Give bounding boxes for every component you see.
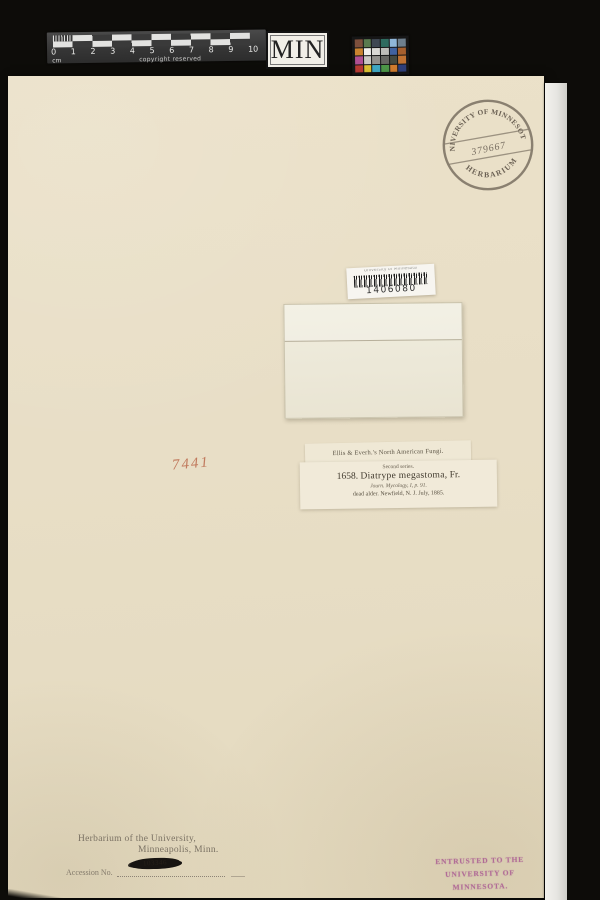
- packet-flap: [284, 303, 461, 341]
- color-patch: [398, 39, 406, 47]
- ruler-tick: 7: [189, 46, 194, 54]
- color-patch: [364, 65, 372, 73]
- color-patch: [398, 47, 406, 55]
- color-patch: [390, 56, 398, 64]
- ruler-copyright-text: copyright reserved: [139, 55, 201, 63]
- color-patch: [363, 39, 371, 47]
- species-name: Diatrype megastoma,: [360, 470, 447, 481]
- svg-text:HERBARIUM: HERBARIUM: [463, 154, 521, 183]
- entrusted-stamp-line2: UNIVERSITY OF MINNESOTA.: [420, 866, 541, 895]
- color-patch: [381, 56, 389, 64]
- color-patch: [390, 64, 398, 72]
- color-patch: [364, 48, 372, 56]
- accession-dotted-line: [117, 868, 225, 877]
- color-patch: [389, 39, 397, 47]
- color-patch: [398, 64, 406, 72]
- accession-stamp: Herbarium of the University, Minneapolis…: [66, 834, 291, 877]
- ruler-tick: 3: [110, 48, 115, 56]
- ruler-tick: 1: [71, 48, 76, 56]
- color-patch: [355, 48, 363, 56]
- color-patch: [355, 39, 363, 47]
- specimen-packet: [283, 302, 463, 419]
- color-patch: [381, 39, 389, 47]
- entrusted-stamp: ENTRUSTED TO THE UNIVERSITY OF MINNESOTA…: [420, 853, 541, 894]
- color-patch: [372, 56, 380, 64]
- ruler-millimeter-ticks: [53, 35, 73, 41]
- handwritten-red-number: 7441: [171, 454, 210, 474]
- color-patch: [372, 39, 380, 47]
- color-chart-grid: [355, 39, 407, 73]
- color-patch: [398, 56, 406, 64]
- accession-dash-line: [231, 868, 245, 877]
- ruler-tick: 10: [248, 46, 258, 54]
- accession-number-row: Accession No.: [66, 868, 291, 877]
- series-title-text: Ellis & Everh.'s North American Fungi.: [333, 447, 444, 456]
- stamp-bottom-arc-text: HERBARIUM: [463, 154, 521, 183]
- color-patch: [355, 56, 363, 64]
- color-patch: [390, 47, 398, 55]
- barcode-label: University of Minnesota 1406080: [346, 264, 436, 300]
- ruler-unit-label: cm: [52, 57, 61, 64]
- sheet-edge-strip: [545, 83, 567, 900]
- accession-stamp-line2: Minneapolis, Minn.: [138, 845, 291, 855]
- corner-shadow: [0, 889, 64, 900]
- color-patch: [381, 64, 389, 72]
- ruler-tick: 6: [169, 47, 174, 55]
- ruler-tick: 4: [130, 47, 135, 55]
- herbarium-sheet: UNIVERSITY OF MINNESOTA HERBARIUM 379667…: [8, 76, 544, 898]
- ruler-tick: 2: [90, 48, 95, 56]
- color-calibration-target: [352, 36, 410, 76]
- collection-line: dead alder. Newfield, N. J. July, 1885.: [300, 489, 497, 501]
- color-patch: [381, 47, 389, 55]
- color-patch: [372, 65, 380, 73]
- ruler-tick: 8: [209, 46, 214, 54]
- ruler-tick: 0: [51, 48, 56, 56]
- color-patch: [355, 65, 363, 73]
- scale-ruler: 012345678910 cm copyright reserved: [47, 29, 266, 63]
- color-patch: [372, 48, 380, 56]
- ruler-tick: 9: [228, 46, 233, 54]
- herbarium-code-label: MIN: [271, 37, 325, 63]
- herbarium-code-plate: MIN: [266, 31, 329, 69]
- ruler-tick: 5: [150, 47, 155, 55]
- accession-number-label: Accession No.: [66, 868, 113, 877]
- specimen-label: Second series. 1658. Diatrype megastoma,…: [300, 460, 498, 510]
- species-authority: Fr.: [450, 470, 460, 480]
- specimen-number: 1658.: [337, 472, 359, 482]
- color-patch: [364, 56, 372, 64]
- umn-herbarium-stamp: UNIVERSITY OF MINNESOTA HERBARIUM 379667: [434, 91, 543, 200]
- accession-stamp-line1: Herbarium of the University,: [78, 834, 291, 844]
- crossed-out-number-text: 103346: [143, 859, 167, 867]
